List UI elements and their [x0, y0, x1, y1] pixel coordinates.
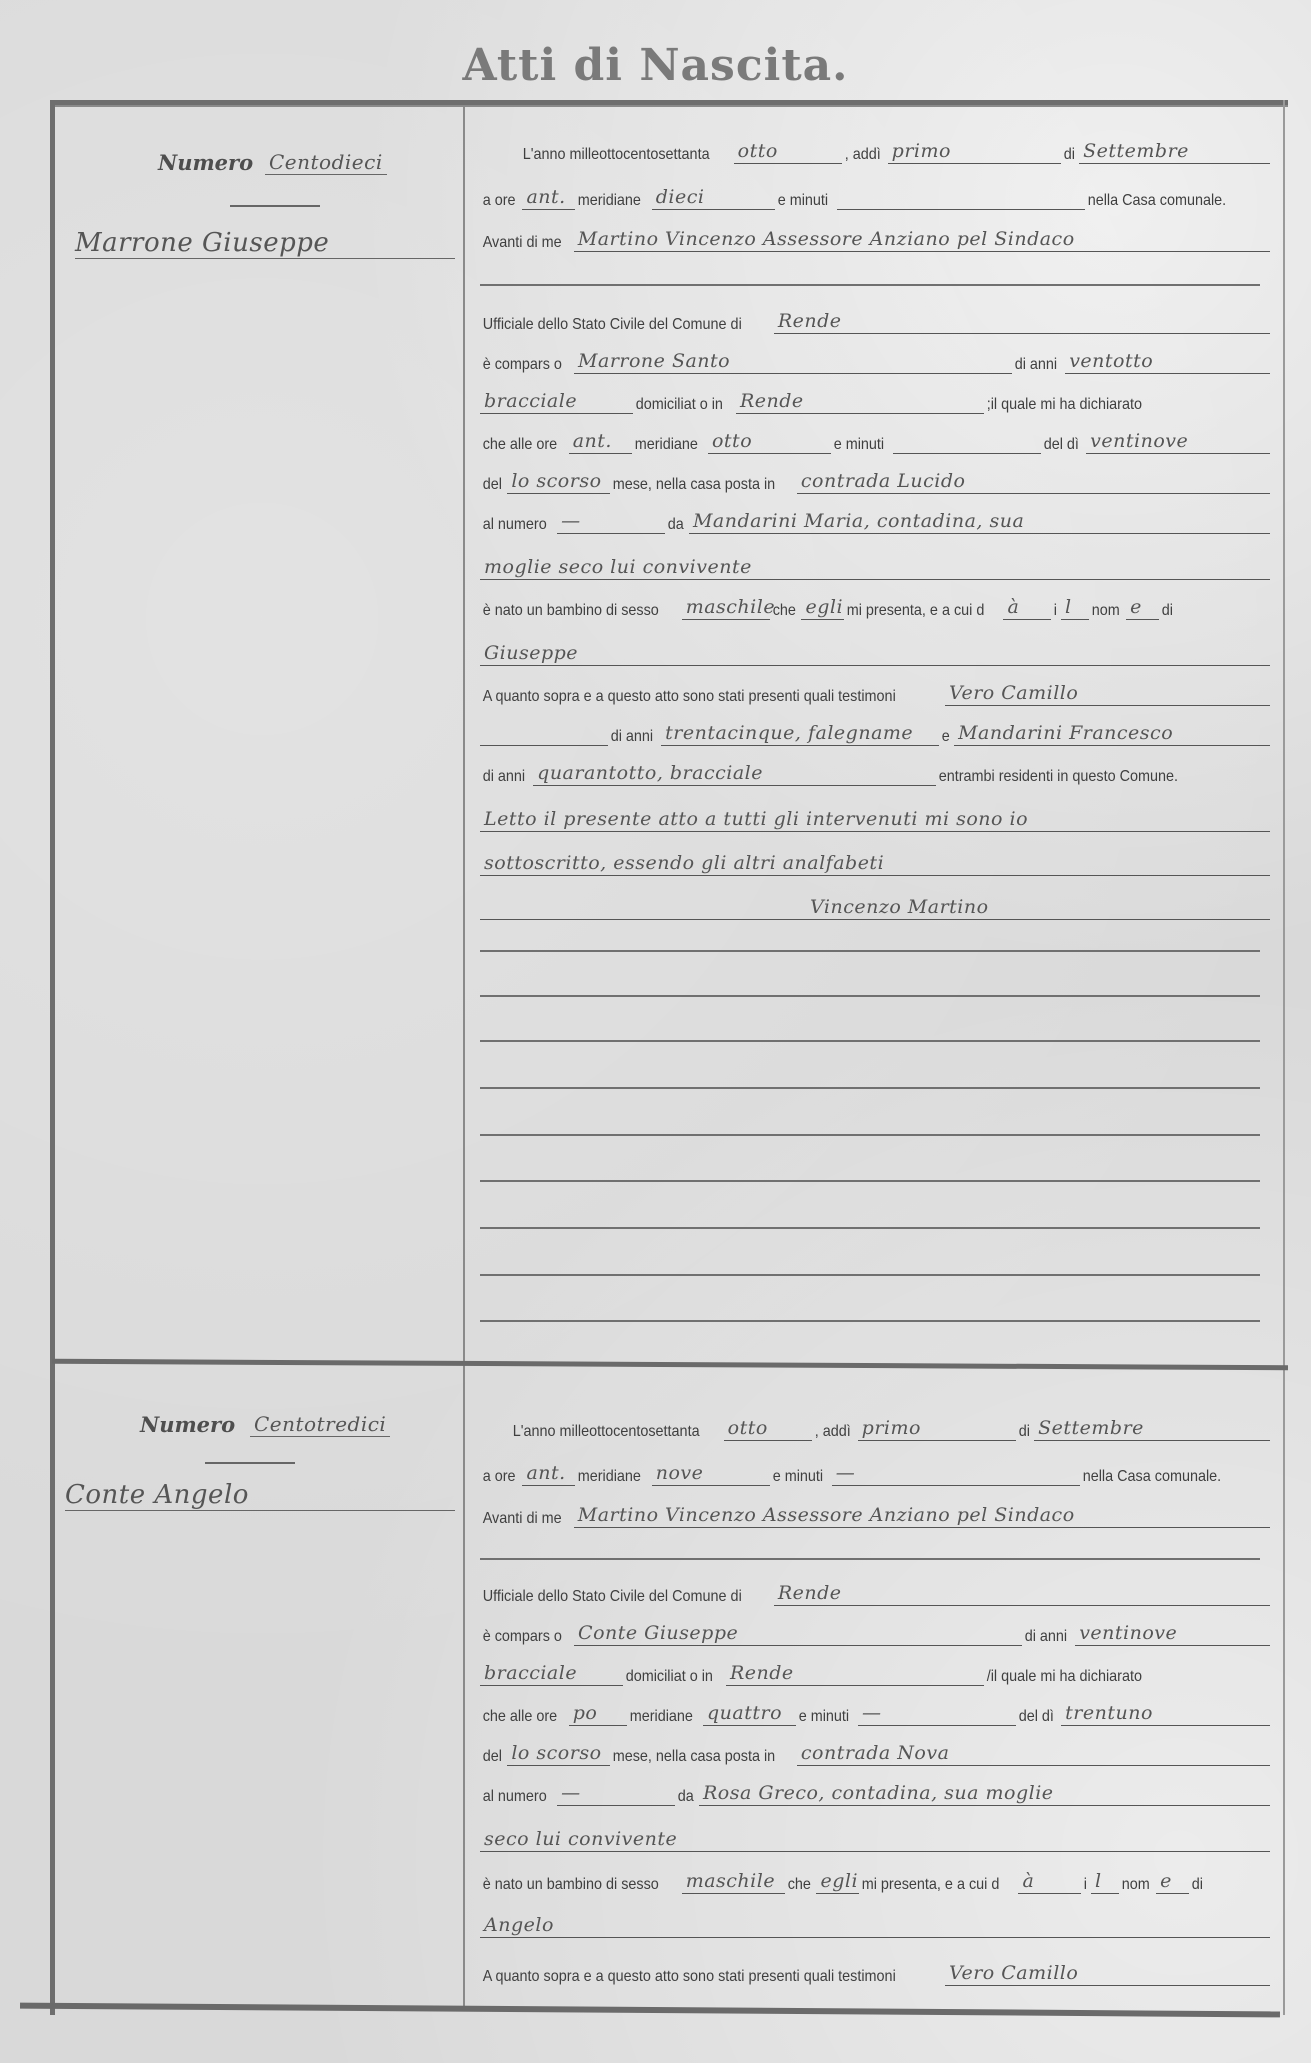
numero-label: Numero [158, 150, 253, 175]
che-minuti-label: e minuti [831, 436, 887, 454]
testimone1-value: Vero Camillo [949, 682, 1078, 704]
che-label: che [785, 1876, 814, 1894]
minuti-field [837, 187, 1085, 210]
di-nome-label: di [1189, 1876, 1206, 1894]
row-nome: Angelo [480, 1904, 1270, 1938]
meridiane-value: dieci [656, 186, 705, 208]
frame-top-border [52, 100, 1288, 107]
nato-label: è nato un bambino di sesso [480, 602, 662, 620]
t1-blank [480, 723, 608, 746]
domiciliato-field: Rende [736, 390, 984, 414]
comparso-label: è compars o [480, 356, 565, 374]
letto-field-2: sottoscritto, essendo gli altri analfabe… [480, 852, 1270, 876]
professione-value: bracciale [484, 1662, 577, 1684]
avanti-label: Avanti di me [480, 234, 564, 252]
row-al-numero: al numero — da Mandarini Maria, contadin… [480, 500, 1270, 534]
che-meridiane-field: quattro [703, 1702, 796, 1726]
ruled-line [480, 1087, 1260, 1089]
quale-label: /il quale mi ha dichiarato [984, 1668, 1145, 1686]
domiciliato-value: Rende [740, 390, 804, 412]
ruled-line [480, 1040, 1260, 1042]
ore-label: a ore [480, 192, 518, 210]
comparso-label: è compars o [480, 1628, 565, 1646]
ore-value: ant. [526, 1462, 565, 1484]
meridiane-label: meridiane [575, 192, 644, 210]
ore-field: ant. [522, 186, 575, 210]
comune-value: Rende [778, 310, 842, 332]
i-value: l [1065, 596, 1072, 618]
avanti-field: Martino Vincenzo Assessore Anziano pel S… [574, 228, 1270, 252]
row-testimoni: A quanto sopra e a questo atto sono stat… [480, 1952, 1270, 1986]
domiciliato-field: Rende [726, 1662, 984, 1686]
di-label: di [1016, 1423, 1033, 1441]
row-nome: Giuseppe [480, 632, 1270, 666]
testimoni-label: A quanto sopra e a questo atto sono stat… [480, 688, 898, 706]
row-anno: L'anno milleottocentosettanta otto , add… [480, 130, 1270, 164]
meridiane-label: meridiane [575, 1468, 644, 1486]
che-minuti-label: e minuti [796, 1708, 852, 1726]
casa-comunale-label: nella Casa comunale. [1080, 1468, 1224, 1486]
i-label: i [1051, 602, 1060, 620]
addi-field: primo [888, 140, 1061, 164]
da-field: Rosa Greco, contadina, sua moglie [699, 1782, 1270, 1806]
row-letto-2: sottoscritto, essendo gli altri analfabe… [480, 842, 1270, 876]
ruled-line [480, 950, 1260, 952]
anni-value: ventinove [1079, 1622, 1177, 1644]
anno-label: L'anno milleottocentosettanta [520, 146, 712, 164]
minuti-value: — [836, 1462, 856, 1484]
ore-label: a ore [480, 1468, 518, 1486]
continuation-value: moglie seco lui convivente [484, 556, 752, 578]
che-meridiane-label: meridiane [632, 436, 701, 454]
del-label: del [480, 1748, 505, 1766]
che-meridiane-field: otto [708, 430, 831, 454]
t1-anni-value: trentacinque, falegname [665, 722, 913, 744]
di-label: di [1061, 146, 1078, 164]
e-label: e [939, 728, 952, 746]
row-letto-1: Letto il presente atto a tutti gli inter… [480, 798, 1270, 832]
nome-label: nom [1089, 602, 1122, 620]
addi-value: primo [892, 140, 951, 162]
i-label: i [1081, 1876, 1090, 1894]
row-testimoni: A quanto sopra e a questo atto sono stat… [480, 672, 1270, 706]
avanti-value: Martino Vincenzo Assessore Anziano pel S… [578, 228, 1075, 250]
del-di-value: ventinove [1090, 430, 1188, 452]
child-name: Conte Angelo [65, 1480, 455, 1511]
row-signature: Vincenzo Martino [480, 886, 1270, 920]
ruled-line [480, 1227, 1260, 1229]
ruled-line [480, 1320, 1260, 1322]
che-label: che [770, 602, 799, 620]
mese-field: Settembre [1034, 1417, 1270, 1441]
numero-value: Centotredici [250, 1412, 390, 1437]
row-ore: a ore ant. meridiane nove e minuti — nel… [480, 1452, 1270, 1486]
frame-left-border [50, 100, 55, 2015]
column-divider [463, 105, 465, 2010]
row-mese-casa: del lo scorso mese, nella casa posta in … [480, 460, 1270, 494]
casa-field: contrada Nova [797, 1742, 1270, 1766]
row-comparso: è compars o Conte Giuseppe di anni venti… [480, 1612, 1270, 1646]
nome-value: Giuseppe [484, 642, 578, 664]
che-ore-value: po [573, 1702, 598, 1724]
signature: Vincenzo Martino [810, 896, 989, 918]
del-label: del [480, 476, 505, 494]
anni-value: ventotto [1069, 350, 1153, 372]
addi-label: , addì [842, 146, 883, 164]
addi-label: , addì [812, 1423, 853, 1441]
al-numero-field: — [557, 1782, 675, 1806]
comune-value: Rende [778, 1582, 842, 1604]
al-numero-value: — [561, 510, 581, 532]
professione-value: bracciale [484, 390, 577, 412]
row-al-numero: al numero — da Rosa Greco, contadina, su… [480, 1772, 1270, 1806]
row-avanti: Avanti di me Martino Vincenzo Assessore … [480, 218, 1270, 252]
avanti-field: Martino Vincenzo Assessore Anziano pel S… [574, 1504, 1270, 1528]
domiciliato-label: domiciliat o in [623, 1668, 716, 1686]
numero-flourish [230, 205, 320, 207]
testimone2-field: Mandarini Francesco [954, 722, 1270, 746]
nome-label: nom [1119, 1876, 1152, 1894]
che-field: egli [816, 1870, 859, 1894]
che-meridiane-label: meridiane [627, 1708, 696, 1726]
mese-value: Settembre [1083, 140, 1189, 162]
row-continuation: moglie seco lui convivente [480, 546, 1270, 580]
al-numero-label: al numero [480, 1788, 549, 1806]
numero-flourish [205, 1462, 295, 1464]
che-ore-label: che alle ore [480, 436, 560, 454]
quale-label: ;il quale mi ha dichiarato [984, 396, 1145, 414]
del-di-field: trentuno [1061, 1702, 1270, 1726]
ruled-line [480, 995, 1260, 997]
professione-field: bracciale [480, 390, 633, 414]
che-field: egli [801, 596, 844, 620]
row-che-ore: che alle ore ant. meridiane otto e minut… [480, 420, 1270, 454]
anni-field: ventotto [1065, 350, 1270, 374]
continuation-field: seco lui convivente [480, 1828, 1270, 1852]
row-domiciliato: bracciale domiciliat o in Rende /il qual… [480, 1652, 1270, 1686]
comparso-value: Conte Giuseppe [578, 1622, 738, 1644]
che-ore-label: che alle ore [480, 1708, 560, 1726]
t2-anni-label: di anni [480, 768, 528, 786]
avanti-label: Avanti di me [480, 1510, 564, 1528]
addi-value: primo [862, 1417, 921, 1439]
nome-value: Angelo [484, 1914, 554, 1936]
professione-field: bracciale [480, 1662, 623, 1686]
presenta-label: mi presenta, e a cui d [844, 602, 987, 620]
che-meridiane-value: otto [712, 430, 752, 452]
nome-suffix-field: e [1156, 1870, 1189, 1894]
row-nato: è nato un bambino di sesso maschile che … [480, 1860, 1270, 1894]
row-comparso: è compars o Marrone Santo di anni ventot… [480, 340, 1270, 374]
presenta-field: à [1018, 1870, 1081, 1894]
page-title: Atti di Nascita. [0, 40, 1311, 91]
del-di-field: ventinove [1086, 430, 1270, 454]
casa-field: contrada Lucido [797, 470, 1270, 494]
comparso-field: Conte Giuseppe [574, 1622, 1022, 1646]
row-anno: L'anno milleottocentosettanta otto , add… [480, 1407, 1270, 1441]
del-field: lo scorso [507, 470, 610, 494]
testimone1-field: Vero Camillo [945, 1962, 1270, 1986]
nome-suffix: e [1160, 1870, 1172, 1892]
al-numero-label: al numero [480, 516, 549, 534]
che-ore-value: ant. [573, 430, 612, 452]
mese-casa-label: mese, nella casa posta in [610, 1748, 778, 1766]
residenti-label: entrambi residenti in questo Comune. [936, 768, 1181, 786]
nome-field: Giuseppe [480, 642, 1270, 666]
da-label: da [675, 1788, 696, 1806]
anno-field: otto [724, 1417, 812, 1441]
che-minuti-field: — [858, 1702, 1016, 1726]
meridiane-value: nove [656, 1462, 704, 1484]
avanti-value: Martino Vincenzo Assessore Anziano pel S… [578, 1504, 1075, 1526]
nome-suffix-field: e [1126, 596, 1159, 620]
che-ore-field: po [569, 1702, 627, 1726]
row-che-ore: che alle ore po meridiane quattro e minu… [480, 1692, 1270, 1726]
del-field: lo scorso [507, 1742, 610, 1766]
testimone2-value: Mandarini Francesco [958, 722, 1173, 744]
addi-field: primo [858, 1417, 1016, 1441]
anno-value: otto [728, 1417, 768, 1439]
row-mese-casa: del lo scorso mese, nella casa posta in … [480, 1732, 1270, 1766]
minuti-label: e minuti [770, 1468, 826, 1486]
minuti-label: e minuti [775, 192, 831, 210]
nome-field: Angelo [480, 1914, 1270, 1938]
row-nato: è nato un bambino di sesso maschile che … [480, 586, 1270, 620]
del-value: lo scorso [511, 1742, 601, 1764]
signature-field: Vincenzo Martino [480, 896, 1270, 920]
letto-line-2: sottoscritto, essendo gli altri analfabe… [484, 852, 884, 874]
numero-value: Centodieci [265, 150, 387, 175]
testimone1-value: Vero Camillo [949, 1962, 1078, 1984]
t1-anni-label: di anni [608, 728, 656, 746]
t2-anni-value: quarantotto, bracciale [537, 762, 763, 784]
comparso-field: Marrone Santo [574, 350, 1012, 374]
continuation-value: seco lui convivente [484, 1828, 677, 1850]
che-minuti-value: — [862, 1702, 882, 1724]
mese-value: Settembre [1038, 1417, 1144, 1439]
mese-field: Settembre [1079, 140, 1270, 164]
testimone1-field: Vero Camillo [945, 682, 1270, 706]
t1-anni-field: trentacinque, falegname [661, 722, 939, 746]
casa-comunale-label: nella Casa comunale. [1085, 192, 1229, 210]
letto-line-1: Letto il presente atto a tutti gli inter… [484, 808, 1028, 830]
da-field: Mandarini Maria, contadina, sua [689, 510, 1270, 534]
nome-suffix: e [1130, 596, 1142, 618]
mese-casa-label: mese, nella casa posta in [610, 476, 778, 494]
row-continuation: seco lui convivente [480, 1818, 1270, 1852]
che-meridiane-value: quattro [707, 1702, 782, 1724]
comune-field: Rende [774, 310, 1270, 334]
che-value: egli [820, 1870, 858, 1892]
sesso-field: maschile [682, 1870, 785, 1894]
di-nome-label: di [1159, 602, 1176, 620]
row-ufficiale: Ufficiale dello Stato Civile del Comune … [480, 300, 1270, 334]
al-numero-field: — [557, 510, 665, 534]
domiciliato-value: Rende [730, 1662, 794, 1684]
da-value: Rosa Greco, contadina, sua moglie [703, 1782, 1054, 1804]
ruled-line [480, 1134, 1260, 1136]
frame-right-border [1283, 100, 1285, 2015]
ruled-line [480, 1558, 1260, 1560]
casa-value: contrada Nova [801, 1742, 950, 1764]
ore-value: ant. [526, 186, 565, 208]
t2-anni-field: quarantotto, bracciale [533, 762, 936, 786]
anno-field: otto [734, 140, 842, 164]
i-value: l [1095, 1870, 1102, 1892]
ruled-line [480, 284, 1260, 286]
casa-value: contrada Lucido [801, 470, 966, 492]
del-di-value: trentuno [1065, 1702, 1153, 1724]
continuation-field: moglie seco lui convivente [480, 556, 1270, 580]
presenta-value: à [1022, 1870, 1034, 1892]
entry-divider [52, 1359, 1288, 1370]
row-avanti: Avanti di me Martino Vincenzo Assessore … [480, 1494, 1270, 1528]
comune-field: Rende [774, 1582, 1270, 1606]
che-minuti-field [893, 431, 1041, 454]
row-testimone1-anni: di anni trentacinque, falegname e Mandar… [480, 712, 1270, 746]
domiciliato-label: domiciliat o in [633, 396, 726, 414]
sesso-value: maschile [686, 596, 775, 618]
i-field: l [1061, 596, 1089, 620]
del-value: lo scorso [511, 470, 601, 492]
da-label: da [665, 516, 686, 534]
row-ore: a ore ant. meridiane dieci e minuti nell… [480, 176, 1270, 210]
ufficiale-label: Ufficiale dello Stato Civile del Comune … [480, 1588, 744, 1606]
anni-label: di anni [1012, 356, 1060, 374]
sesso-value: maschile [686, 1870, 775, 1892]
ufficiale-label: Ufficiale dello Stato Civile del Comune … [480, 316, 744, 334]
del-di-label: del dì [1016, 1708, 1057, 1726]
row-testimone2-anni: di anni quarantotto, bracciale entrambi … [480, 752, 1270, 786]
presenta-label: mi presenta, e a cui d [859, 1876, 1002, 1894]
del-di-label: del dì [1041, 436, 1082, 454]
nato-label: è nato un bambino di sesso [480, 1876, 662, 1894]
che-ore-field: ant. [569, 430, 632, 454]
presenta-field: à [1003, 596, 1051, 620]
meridiane-field: nove [652, 1462, 770, 1486]
presenta-value: à [1007, 596, 1019, 618]
che-value: egli [805, 596, 843, 618]
anni-field: ventinove [1075, 1622, 1270, 1646]
page-bottom-border [20, 2003, 1280, 2018]
al-numero-value: — [561, 1782, 581, 1804]
numero-label: Numero [140, 1412, 235, 1437]
minuti-field: — [832, 1462, 1080, 1486]
ore-field: ant. [522, 1462, 575, 1486]
anno-label: L'anno milleottocentosettanta [510, 1423, 702, 1441]
testimoni-label: A quanto sopra e a questo atto sono stat… [480, 1968, 898, 1986]
i-field: l [1091, 1870, 1119, 1894]
da-value: Mandarini Maria, contadina, sua [693, 510, 1024, 532]
anno-value: otto [738, 140, 778, 162]
ruled-line [480, 1180, 1260, 1182]
row-domiciliato: bracciale domiciliat o in Rende ;il qual… [480, 380, 1270, 414]
comparso-value: Marrone Santo [578, 350, 730, 372]
letto-field-1: Letto il presente atto a tutti gli inter… [480, 808, 1270, 832]
ruled-line [480, 1274, 1260, 1276]
child-name: Marrone Giuseppe [75, 228, 455, 259]
meridiane-field: dieci [652, 186, 775, 210]
anni-label: di anni [1022, 1628, 1070, 1646]
row-ufficiale: Ufficiale dello Stato Civile del Comune … [480, 1572, 1270, 1606]
sesso-field: maschile [682, 596, 770, 620]
